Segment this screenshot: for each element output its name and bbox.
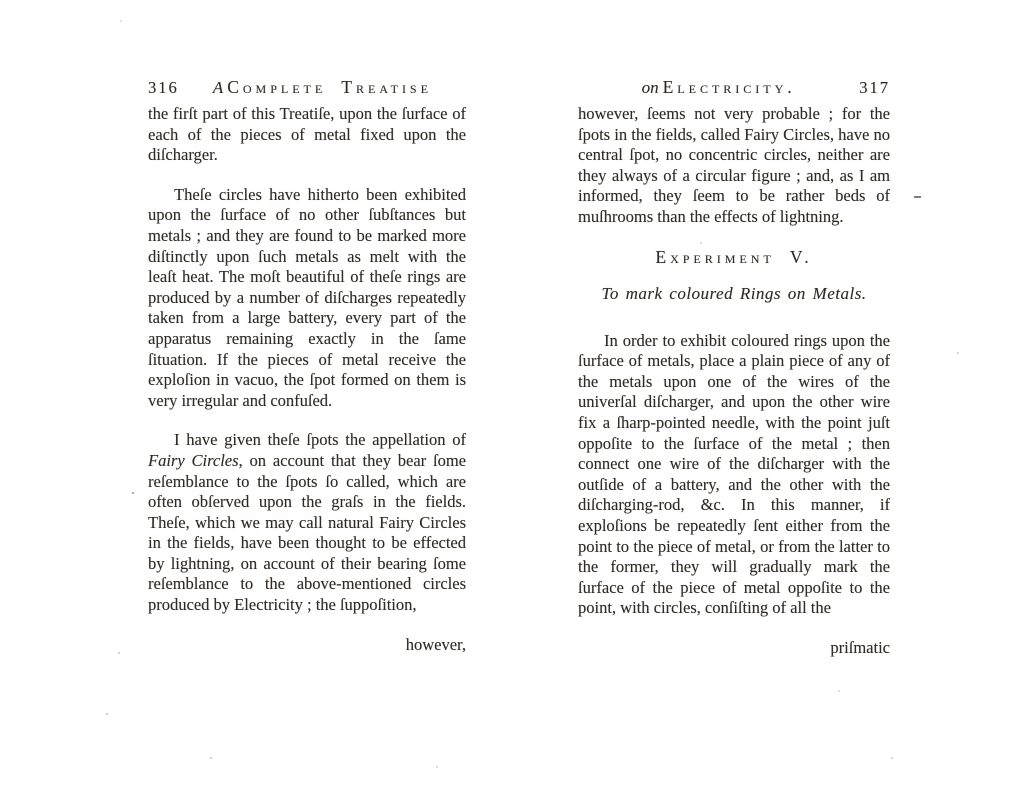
right-page: onElectricity. 317 however, ſeems not ve… <box>578 78 890 658</box>
catchword: priſmatic <box>578 638 890 659</box>
right-page-number: 317 <box>859 79 890 97</box>
running-title-preposition: on <box>642 78 663 97</box>
left-page-number: 316 <box>148 79 179 97</box>
left-running-title: AComplete Treatise <box>179 78 466 97</box>
right-running-title: onElectricity. <box>578 78 859 97</box>
paragraph-text: , on account that they bear ſome reſembl… <box>148 451 466 614</box>
scan-speckles <box>0 0 2 2</box>
paragraph-continuation: the firſt part of this Treatiſe, upon th… <box>148 104 466 166</box>
running-title-article: A <box>213 78 227 97</box>
running-title-text: Electricity. <box>663 77 796 97</box>
italic-phrase: Fairy Circles <box>148 451 239 470</box>
book-scan-spread: 316 AComplete Treatise the firſt part of… <box>0 0 1024 791</box>
stray-ink-mark <box>914 196 921 198</box>
right-running-head: onElectricity. 317 <box>578 78 890 97</box>
paragraph: I have given theſe ſpots the appellation… <box>148 430 466 615</box>
experiment-heading: Experiment V. <box>578 247 890 267</box>
left-page: 316 AComplete Treatise the firſt part of… <box>148 78 466 655</box>
paragraph-continuation: however, ſeems not very probable ; for t… <box>578 104 890 228</box>
paragraph: In order to exhibit coloured rings upon … <box>578 331 890 619</box>
experiment-subtitle: To mark coloured Rings on Metals. <box>578 284 890 304</box>
running-title-text: Complete Treatise <box>227 77 432 97</box>
paragraph-text: I have given theſe ſpots the appellation… <box>174 430 466 449</box>
catchword: however, <box>148 635 466 656</box>
left-running-head: 316 AComplete Treatise <box>148 78 466 97</box>
paragraph: Theſe circles have hitherto been exhibit… <box>148 185 466 412</box>
